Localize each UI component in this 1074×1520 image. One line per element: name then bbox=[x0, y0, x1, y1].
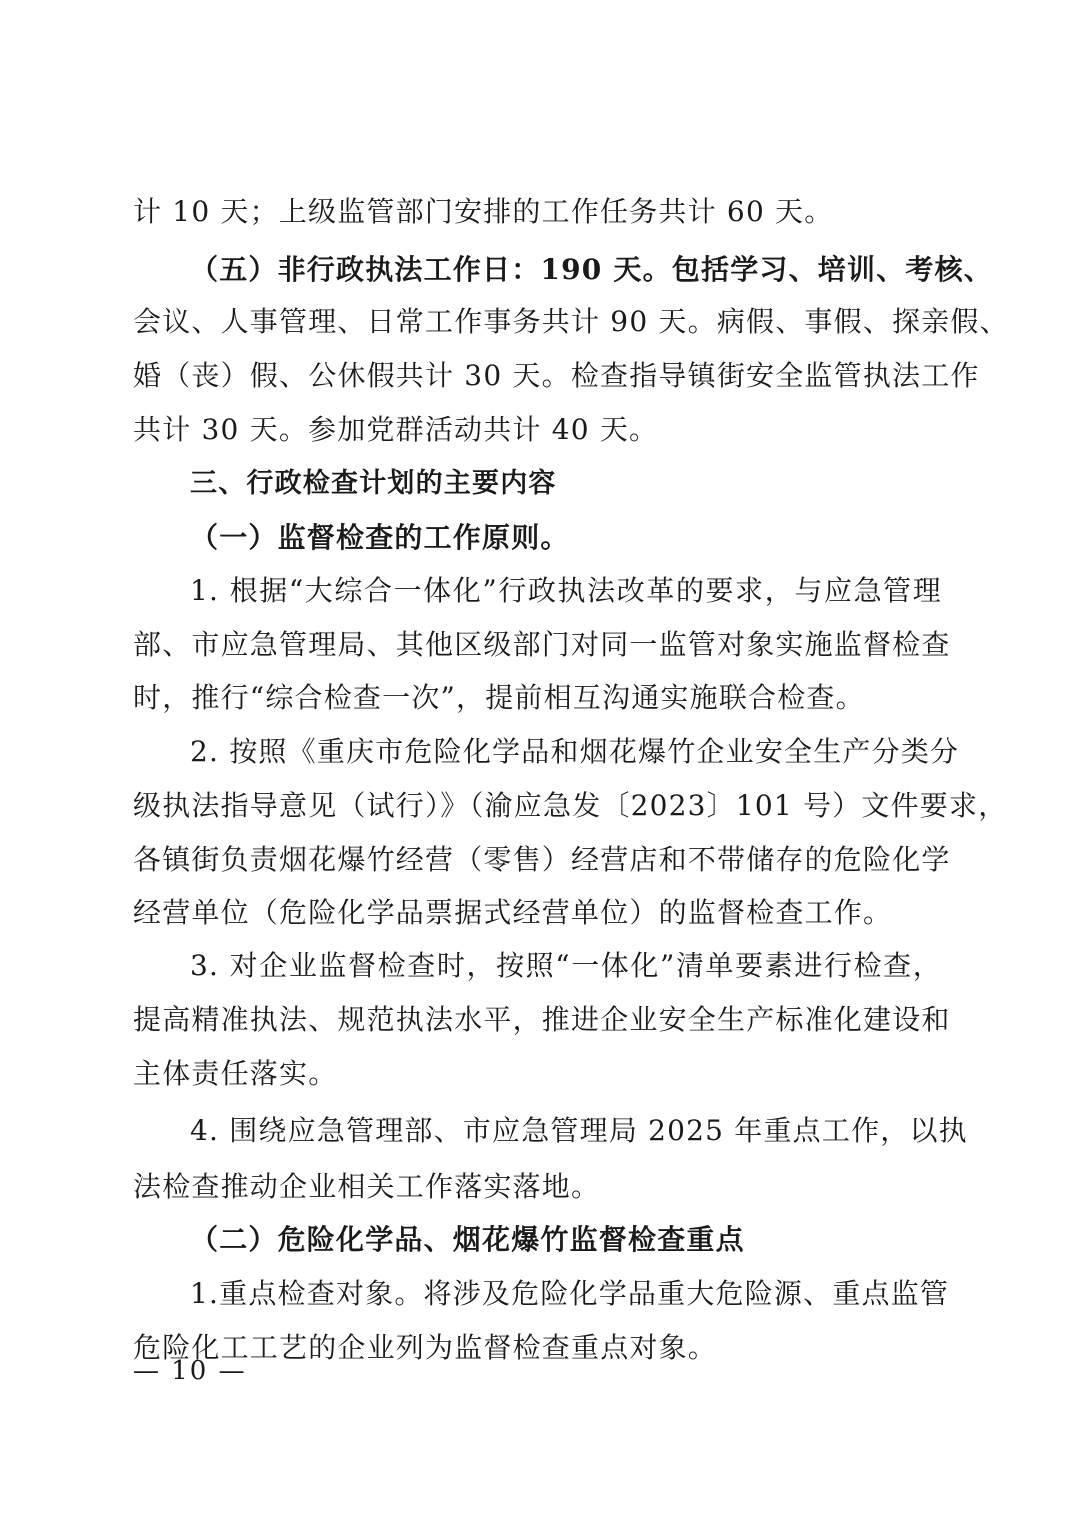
paragraph-line: 法检查推动企业相关工作落实落地。 bbox=[133, 1170, 943, 1204]
paragraph-line: 婚（丧）假、公休假共计 30 天。检查指导镇街安全监管执法工作 bbox=[133, 359, 943, 393]
paragraph-line: 危险化工工艺的企业列为监督检查重点对象。 bbox=[133, 1331, 943, 1365]
paragraph-line: 计 10 天；上级监管部门安排的工作任务共计 60 天。 bbox=[133, 195, 943, 229]
paragraph-line: 提高精准执法、规范执法水平，推进企业安全生产标准化建设和 bbox=[133, 1003, 943, 1037]
paragraph-line: 时，推行“综合检查一次”，提前相互沟通实施联合检查。 bbox=[133, 681, 943, 715]
paragraph-line: 级执法指导意见（试行）》（渝应急发〔2023〕101 号）文件要求， bbox=[133, 789, 943, 823]
paragraph-line: 共计 30 天。参加党群活动共计 40 天。 bbox=[133, 413, 943, 447]
section-three-heading: 三、行政检查计划的主要内容 bbox=[190, 467, 942, 501]
section-five-heading-line: （五）非行政执法工作日：190 天。包括学习、培训、考核、 bbox=[190, 253, 942, 287]
item-4-line: 4. 围绕应急管理部、市应急管理局 2025 年重点工作，以执 bbox=[190, 1114, 942, 1148]
paragraph-line: 会议、人事管理、日常工作事务共计 90 天。病假、事假、探亲假、 bbox=[133, 305, 943, 339]
item-2-line: 2. 按照《重庆市危险化学品和烟花爆竹企业安全生产分类分 bbox=[190, 735, 942, 769]
item-3-line: 3. 对企业监督检查时，按照“一体化”清单要素进行检查， bbox=[190, 949, 942, 983]
item-1-line: 1. 根据“大综合一体化”行政执法改革的要求，与应急管理 bbox=[190, 574, 942, 608]
page-number: — 10 — bbox=[133, 1356, 247, 1386]
item-1-line: 1.重点检查对象。将涉及危险化学品重大危险源、重点监管 bbox=[190, 1277, 942, 1311]
paragraph-line: 部、市应急管理局、其他区级部门对同一监管对象实施监督检查 bbox=[133, 628, 943, 662]
subsection-one-heading: （一）监督检查的工作原则。 bbox=[190, 521, 942, 555]
paragraph-line: 主体责任落实。 bbox=[133, 1057, 943, 1091]
subsection-two-heading: （二）危险化学品、烟花爆竹监督检查重点 bbox=[190, 1223, 942, 1257]
document-page: 计 10 天；上级监管部门安排的工作任务共计 60 天。 （五）非行政执法工作日… bbox=[0, 0, 1074, 1520]
paragraph-line: 各镇街负责烟花爆竹经营（零售）经营店和不带储存的危险化学 bbox=[133, 843, 943, 877]
paragraph-line: 经营单位（危险化学品票据式经营单位）的监督检查工作。 bbox=[133, 896, 943, 930]
